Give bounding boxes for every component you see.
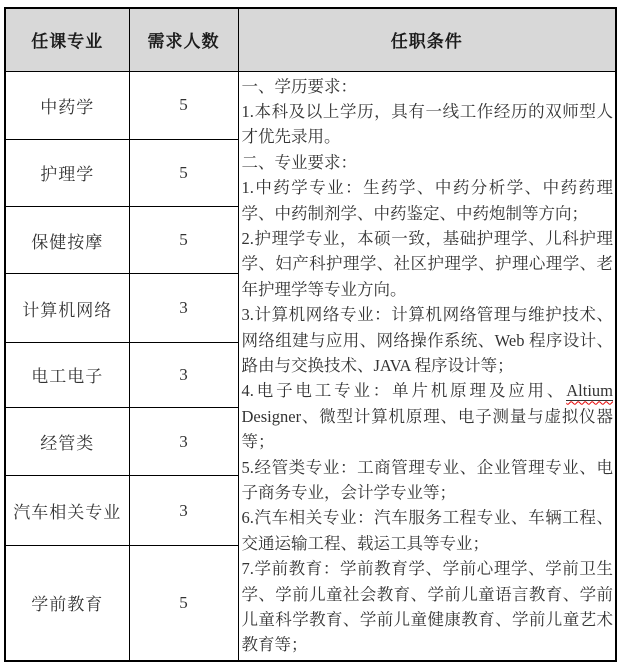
major-cell: 计算机网络 [5, 274, 129, 342]
major-cell: 汽车相关专业 [5, 476, 129, 545]
count-cell: 5 [129, 139, 238, 206]
requirement-paragraph-electronics: 4.电子电工专业：单片机原理及应用、Altium Designer、微型计算机原… [242, 378, 614, 454]
major-cell: 学前教育 [5, 545, 129, 661]
header-count: 需求人数 [129, 8, 238, 71]
table-row: 中药学 5 一、学历要求： 1.本科及以上学历，具有一线工作经历的双师型人才优先… [5, 71, 616, 139]
requirements-cell: 一、学历要求： 1.本科及以上学历，具有一线工作经历的双师型人才优先录用。 二、… [238, 71, 616, 661]
major-cell: 保健按摩 [5, 207, 129, 274]
requirement-paragraph-automotive: 6.汽车相关专业：汽车服务工程专业、车辆工程、交通运输工程、载运工具等专业； [242, 505, 614, 556]
requirement-paragraph-network: 3.计算机网络专业：计算机网络管理与维护技术、网络组建与应用、网络操作系统、We… [242, 302, 614, 378]
requirement-paragraph-pharmacy: 1.中药学专业：生药学、中药分析学、中药药理学、中药制剂学、中药鉴定、中药炮制等… [242, 175, 614, 226]
count-cell: 5 [129, 207, 238, 274]
header-requirements: 任职条件 [238, 8, 616, 71]
spellcheck-word: Altium [566, 381, 613, 401]
requirement-paragraph-major-heading: 二、专业要求： [242, 150, 614, 175]
count-cell: 5 [129, 545, 238, 661]
requirement-paragraph-management: 5.经管类专业：工商管理专业、企业管理专业、电子商务专业，会计学专业等； [242, 455, 614, 506]
header-major: 任课专业 [5, 8, 129, 71]
header-row: 任课专业 需求人数 任职条件 [5, 8, 616, 71]
recruitment-table: 任课专业 需求人数 任职条件 中药学 5 一、学历要求： 1.本科及以上学历，具… [4, 7, 617, 662]
count-cell: 3 [129, 274, 238, 342]
requirement-paragraph-education-1: 1.本科及以上学历，具有一线工作经历的双师型人才优先录用。 [242, 99, 614, 150]
count-cell: 3 [129, 342, 238, 407]
major-cell: 中药学 [5, 71, 129, 139]
electronics-text-before: 4.电子电工专业：单片机原理及应用、 [242, 381, 567, 400]
major-cell: 电工电子 [5, 342, 129, 407]
requirement-paragraph-preschool: 7.学前教育：学前教育学、学前心理学、学前卫生学、学前儿童社会教育、学前儿童语言… [242, 556, 614, 658]
major-cell: 护理学 [5, 139, 129, 206]
electronics-text-after: Designer、微型计算机原理、电子测量与虚拟仪器等； [242, 407, 614, 451]
count-cell: 5 [129, 71, 238, 139]
count-cell: 3 [129, 476, 238, 545]
major-cell: 经管类 [5, 408, 129, 476]
count-cell: 3 [129, 408, 238, 476]
requirement-paragraph-education-heading: 一、学历要求： [242, 74, 614, 99]
spellcheck-underline: Altium [566, 381, 613, 401]
requirement-paragraph-nursing: 2.护理学专业，本硕一致，基础护理学、儿科护理学、妇产科护理学、社区护理学、护理… [242, 226, 614, 302]
